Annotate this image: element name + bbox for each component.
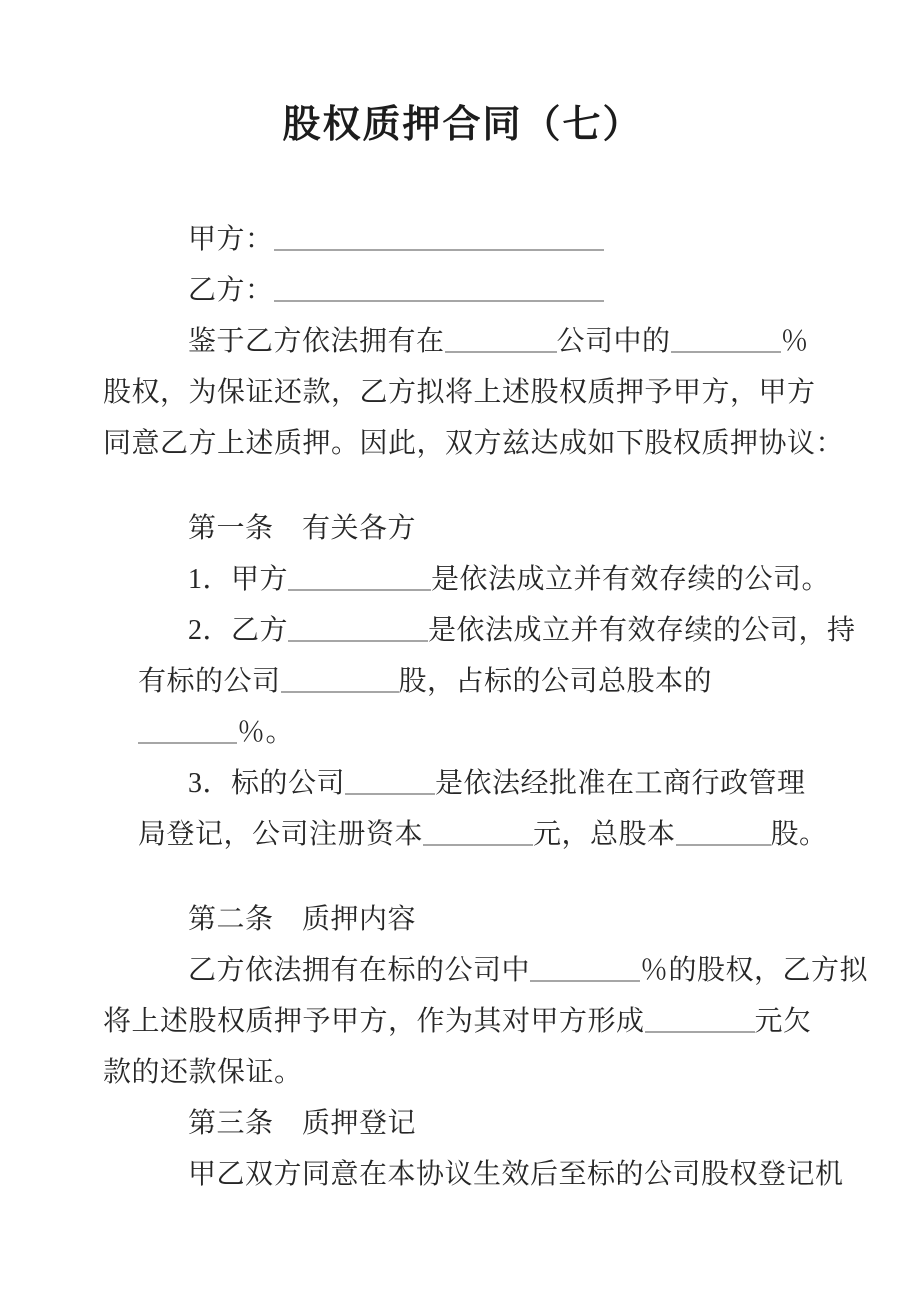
body-text: 将上述股权质押予甲方，作为其对甲方形成	[103, 1006, 645, 1037]
party-a-label: 甲方：	[188, 224, 274, 255]
percent-blank-field	[671, 325, 781, 353]
shares-blank-field	[281, 665, 399, 693]
party-a-name-blank-field	[288, 563, 431, 591]
party-b-blank-field	[274, 274, 604, 302]
party-a-line: 甲方：	[103, 214, 822, 265]
article1-item3-line-1: 3．标的公司是依法经批准在工商行政管理	[103, 758, 822, 809]
spacer	[103, 154, 822, 214]
target-company-blank-field	[345, 767, 435, 795]
item-text: 是依法成立并有效存续的公司。	[431, 564, 830, 595]
party-b-name-blank-field	[288, 614, 428, 642]
article3-line-1: 甲乙双方同意在本协议生效后至标的公司股权登记机	[103, 1149, 822, 1200]
article2-line-1: 乙方依法拥有在标的公司中％的股权，乙方拟	[103, 945, 822, 996]
preamble-line-1: 鉴于乙方依法拥有在公司中的％	[103, 316, 822, 367]
preamble-text: ％	[781, 326, 810, 357]
item-text: 元，总股本	[533, 819, 676, 850]
article1-item2-line-2: 有标的公司股，占标的公司总股本的	[103, 656, 822, 707]
preamble-line-2: 股权，为保证还款，乙方拟将上述股权质押予甲方，甲方	[103, 367, 822, 418]
document-title: 股权质押合同（七）	[103, 96, 822, 154]
item-text: 局登记，公司注册资本	[138, 819, 423, 850]
preamble-text: 股权，为保证还款，乙方拟将上述股权质押予甲方，甲方	[103, 377, 816, 408]
body-text: ％的股权，乙方拟	[640, 955, 868, 986]
percent-blank-field	[138, 716, 237, 744]
article3-heading: 第三条 质押登记	[103, 1098, 822, 1149]
item-text: 3．标的公司	[188, 768, 345, 799]
item-text: 股。	[771, 819, 828, 850]
article2-line-3: 款的还款保证。	[103, 1047, 822, 1098]
article2-line-2: 将上述股权质押予甲方，作为其对甲方形成元欠	[103, 996, 822, 1047]
body-text: 甲乙双方同意在本协议生效后至标的公司股权登记机	[188, 1159, 844, 1190]
item-text: 有标的公司	[138, 666, 281, 697]
article1-item1-line: 1．甲方是依法成立并有效存续的公司。	[103, 554, 822, 605]
item-text: 是依法经批准在工商行政管理	[435, 768, 806, 799]
contract-page: 股权质押合同（七） 甲方： 乙方： 鉴于乙方依法拥有在公司中的％ 股权，为保证还…	[0, 0, 920, 1302]
article2-heading: 第二条 质押内容	[103, 894, 822, 945]
preamble-line-3: 同意乙方上述质押。因此，双方兹达成如下股权质押协议：	[103, 418, 822, 469]
article1-item3-line-2: 局登记，公司注册资本元，总股本股。	[103, 809, 822, 860]
body-text: 款的还款保证。	[103, 1057, 303, 1088]
party-b-label: 乙方：	[188, 275, 274, 306]
body-text: 乙方依法拥有在标的公司中	[188, 955, 530, 986]
article1-item2-line-1: 2．乙方是依法成立并有效存续的公司，持	[103, 605, 822, 656]
item-text: ％。	[237, 717, 294, 748]
amount-blank-field	[645, 1005, 755, 1033]
spacer	[103, 860, 822, 894]
item-text: 1．甲方	[188, 564, 288, 595]
article3-heading-text: 第三条 质押登记	[188, 1108, 416, 1139]
article2-heading-text: 第二条 质押内容	[188, 904, 416, 935]
preamble-text: 鉴于乙方依法拥有在	[188, 326, 445, 357]
item-text: 2．乙方	[188, 615, 288, 646]
item-text: 股，占标的公司总股本的	[399, 666, 713, 697]
party-a-blank-field	[274, 223, 604, 251]
article1-heading: 第一条 有关各方	[103, 503, 822, 554]
article1-heading-text: 第一条 有关各方	[188, 513, 416, 544]
item-text: 是依法成立并有效存续的公司，持	[428, 615, 856, 646]
company-name-blank-field	[445, 325, 557, 353]
percent-blank-field	[530, 954, 640, 982]
preamble-text: 公司中的	[557, 326, 671, 357]
registered-capital-blank-field	[423, 818, 533, 846]
article1-item2-line-3: ％。	[103, 707, 822, 758]
preamble-text: 同意乙方上述质押。因此，双方兹达成如下股权质押协议：	[103, 428, 844, 459]
party-b-line: 乙方：	[103, 265, 822, 316]
body-text: 元欠	[755, 1006, 812, 1037]
total-shares-blank-field	[676, 818, 771, 846]
spacer	[103, 469, 822, 503]
